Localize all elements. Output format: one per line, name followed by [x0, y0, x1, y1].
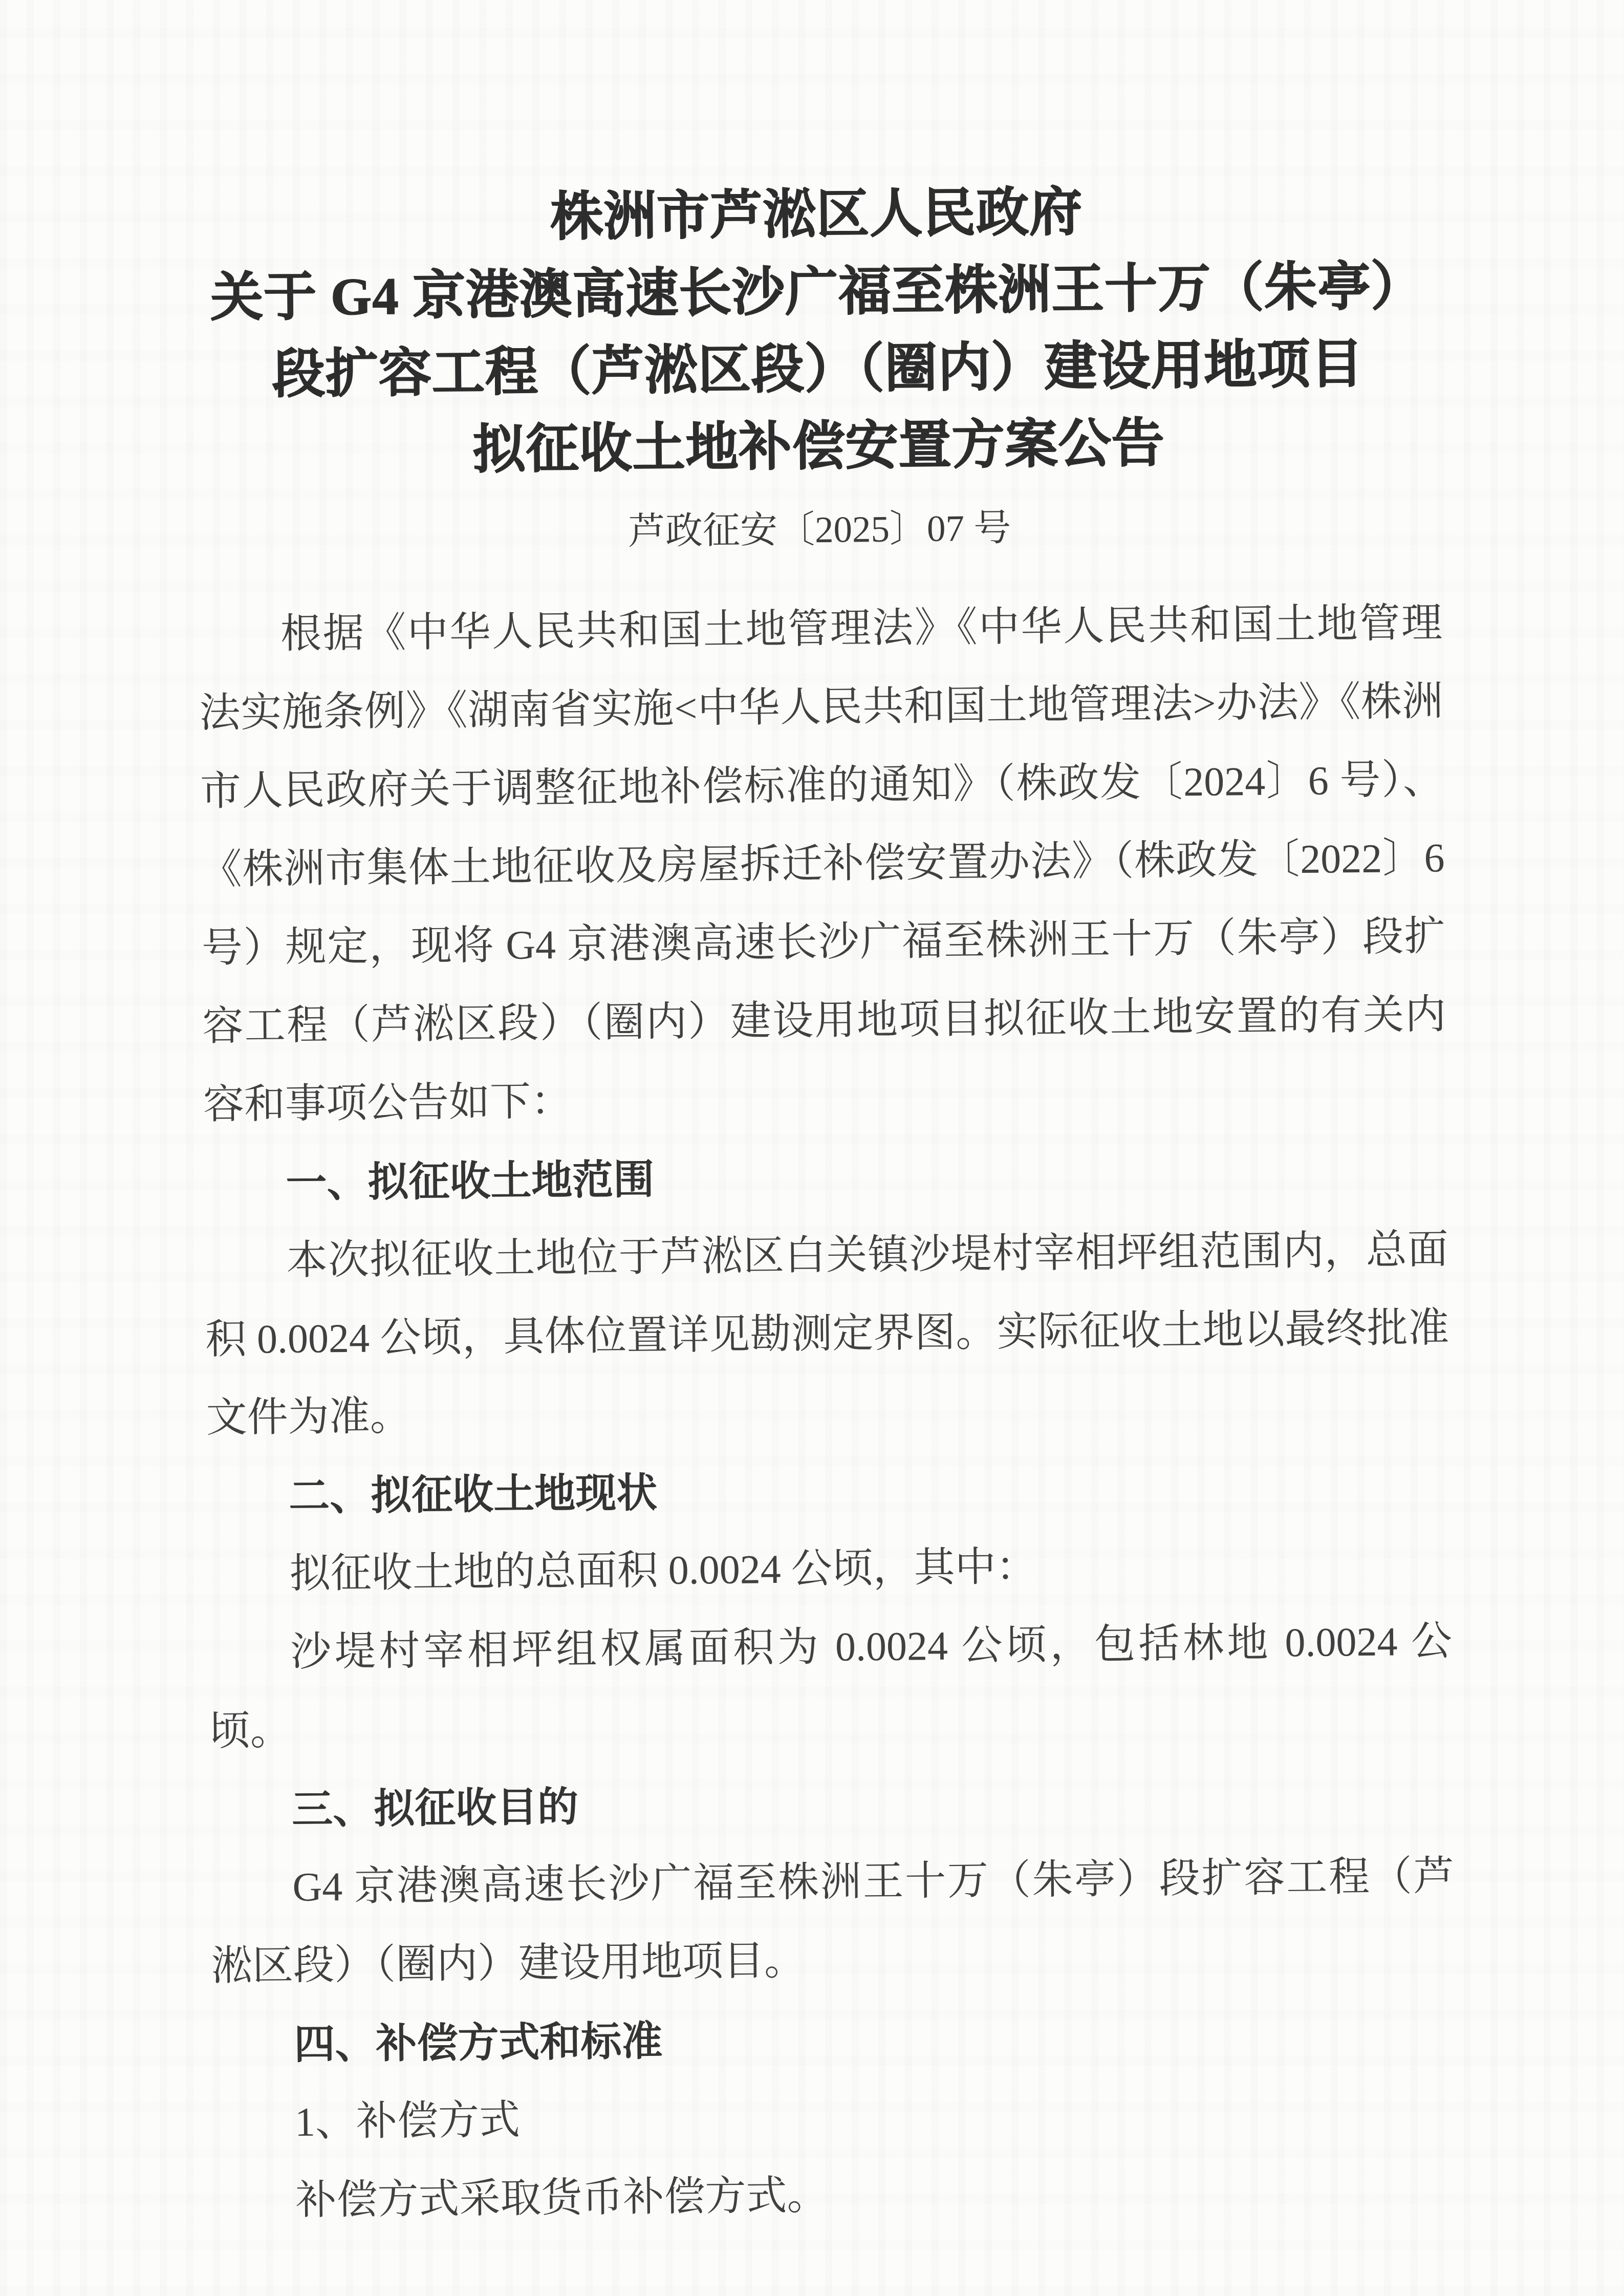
paragraph-land-status-total: 拟征收土地的总面积 0.0024 公顷，其中： [207, 1524, 1452, 1614]
document-title: 株洲市芦淞区人民政府 关于 G4 京港澳高速长沙广福至株洲王十万（朱亭） 段扩容… [194, 170, 1441, 491]
section-heading-2: 二、拟征收土地现状 [207, 1446, 1451, 1536]
paragraph-compensation-method: 补偿方式采取货币补偿方式。 [213, 2151, 1458, 2241]
title-line-4: 拟征收土地补偿安置方案公告 [197, 402, 1441, 491]
title-line-1: 株洲市芦淞区人民政府 [194, 170, 1439, 260]
section-heading-1: 一、拟征收土地范围 [204, 1132, 1448, 1222]
section-heading-3: 三、拟征收目的 [209, 1759, 1454, 1849]
document-page: 株洲市芦淞区人民政府 关于 G4 京港澳高速长沙广福至株洲王十万（朱亭） 段扩容… [0, 0, 1624, 2296]
paragraph-land-scope: 本次拟征收土地位于芦淞区白关镇沙堤村宰相坪组范围内，总面积 0.0024 公顷，… [204, 1211, 1450, 1457]
paragraph-compensation-method-label: 1、补偿方式 [212, 2072, 1457, 2162]
paragraph-legal-basis: 根据《中华人民共和国土地管理法》《中华人民共和国土地管理法实施条例》《湖南省实施… [198, 584, 1447, 1144]
title-line-2: 关于 G4 京港澳高速长沙广福至株洲王十万（朱亭） [195, 248, 1439, 337]
paragraph-land-status-detail: 沙堤村宰相坪组权属面积为 0.0024 公顷，包括林地 0.0024 公顷。 [208, 1602, 1453, 1771]
section-heading-4: 四、补偿方式和标准 [212, 1994, 1456, 2084]
document-body: 根据《中华人民共和国土地管理法》《中华人民共和国土地管理法实施条例》《湖南省实施… [198, 584, 1458, 2241]
document-number: 芦政征安〔2025〕07 号 [198, 497, 1442, 562]
paragraph-purpose: G4 京港澳高速长沙广福至株洲王十万（朱亭）段扩容工程（芦淞区段）（圈内）建设用… [210, 1837, 1456, 2006]
title-line-3: 段扩容工程（芦淞区段）（圈内）建设用地项目 [196, 325, 1440, 414]
document-content: 株洲市芦淞区人民政府 关于 G4 京港澳高速长沙广福至株洲王十万（朱亭） 段扩容… [194, 170, 1458, 2241]
